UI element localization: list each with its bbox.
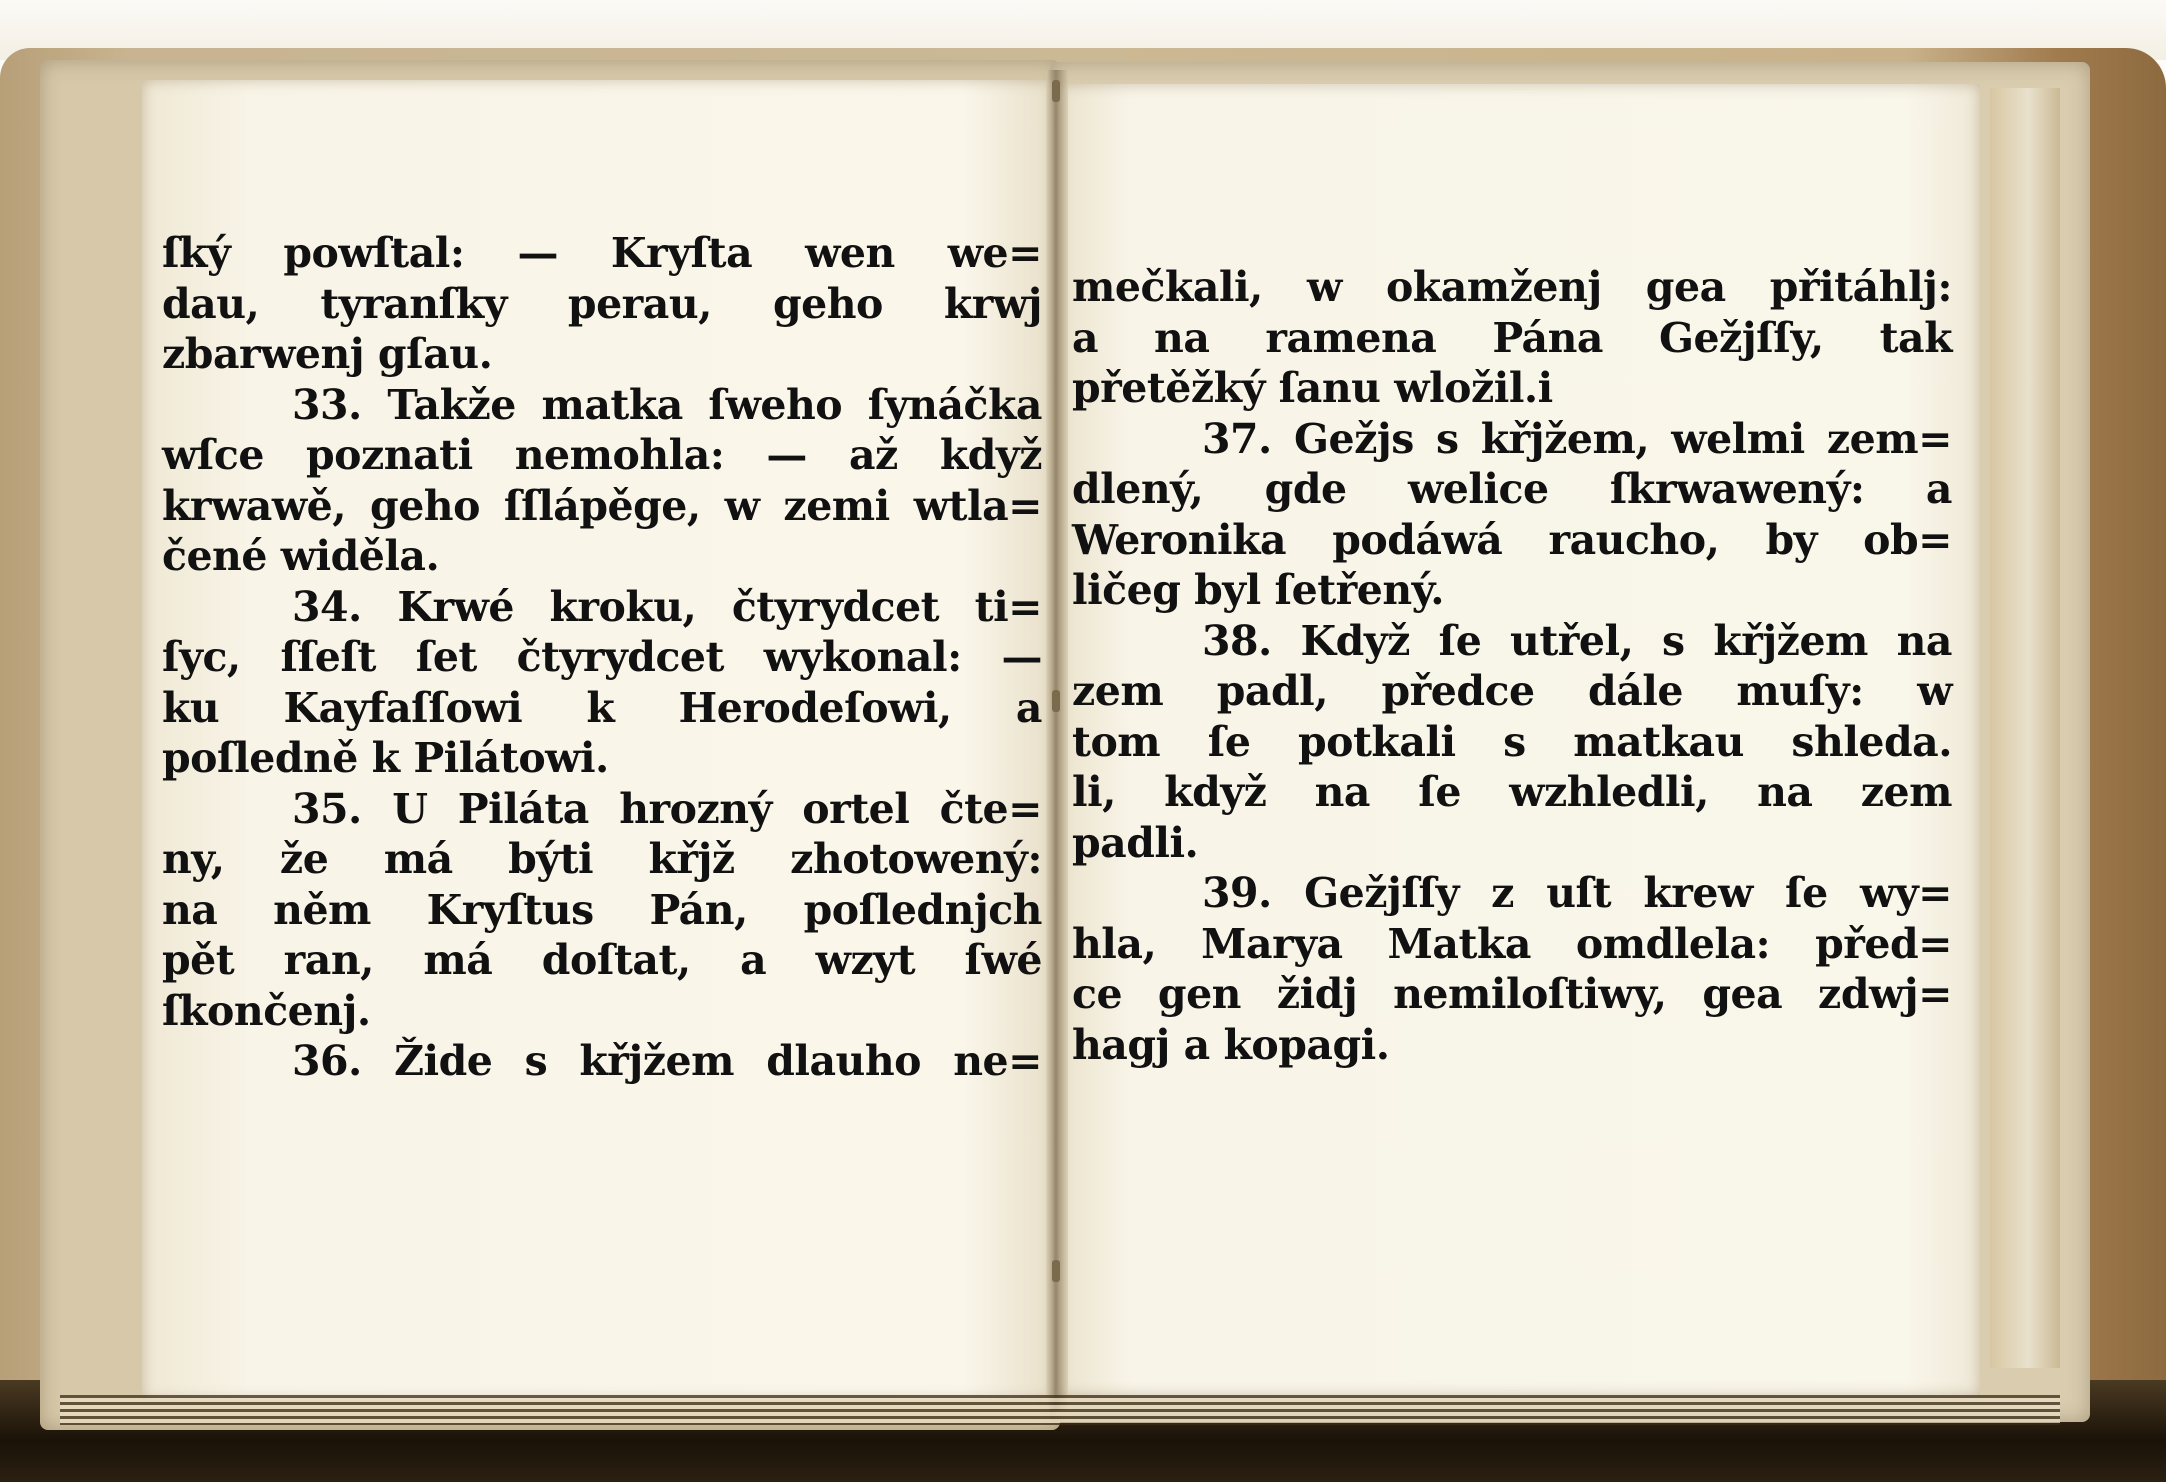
text-line: 34. Krwé kroku, čtyrydcet ti= <box>162 582 1042 633</box>
text-line: přetěžký ſanu wložil.i <box>1072 363 1952 414</box>
page-bottom-edges <box>60 1395 2060 1425</box>
text-line: ny, že má býti křjž zhotowený: <box>162 834 1042 885</box>
text-line: ſkončenj. <box>162 986 1042 1037</box>
text-line: pět ran, má doſtat, a wzyt ſwé <box>162 935 1042 986</box>
text-line: na něm Kryſtus Pán, poſlednjch <box>162 885 1042 936</box>
text-line: a na ramena Pána Gežjſſy, tak <box>1072 313 1952 364</box>
text-line: hla, Marya Matka omdlela: před= <box>1072 919 1952 970</box>
text-line: 39. Gežjſſy z uſt krew ſe wy= <box>1072 868 1952 919</box>
binding-stitch <box>1052 80 1060 102</box>
text-line: mečkali, w okamženj gea přitáhlj: <box>1072 262 1952 313</box>
text-line: ſyc, ſſeſt ſet čtyrydcet wykonal: — <box>162 632 1042 683</box>
book-gutter <box>1046 70 1068 1410</box>
text-line: 38. Když ſe utřel, s křjžem na <box>1072 616 1952 667</box>
text-line: 33. Takže matka ſweho ſynáčka <box>162 380 1042 431</box>
text-line: Weronika podáwá raucho, by ob= <box>1072 515 1952 566</box>
text-line: ce gen židj nemiloſtiwy, gea zdwj= <box>1072 969 1952 1020</box>
left-page-text: ſký powſtal: — Kryſta wen we=dau, tyranſ… <box>162 228 1042 1087</box>
text-line: padli. <box>1072 818 1952 869</box>
text-line: wſce poznati nemohla: — až když <box>162 430 1042 481</box>
text-line: li, když na ſe wzhledli, na zem <box>1072 767 1952 818</box>
text-line: hagj a kopagi. <box>1072 1020 1952 1071</box>
right-page-text: mečkali, w okamženj gea přitáhlj:a na ra… <box>1072 262 1952 1070</box>
text-line: ſký powſtal: — Kryſta wen we= <box>162 228 1042 279</box>
text-line: poſledně k Pilátowi. <box>162 733 1042 784</box>
text-line: 37. Gežjs s křjžem, welmi zem= <box>1072 414 1952 465</box>
text-line: čené widěla. <box>162 531 1042 582</box>
text-line: zem padl, předce dále muſy: w <box>1072 666 1952 717</box>
text-line: tom ſe potkali s matkau shleda. <box>1072 717 1952 768</box>
text-line: zbarwenj gſau. <box>162 329 1042 380</box>
text-line: ličeg byl ſetřený. <box>1072 565 1952 616</box>
text-line: ku Kayfaſſowi k Herodeſowi, a <box>162 683 1042 734</box>
text-line: dau, tyranſky perau, geho krwj <box>162 279 1042 330</box>
text-line: 35. U Piláta hrozný ortel čte= <box>162 784 1042 835</box>
right-page-edges <box>1990 88 2060 1368</box>
binding-stitch <box>1052 690 1060 712</box>
text-line: dlený, gde welice ſkrwawený: a <box>1072 464 1952 515</box>
text-line: krwawě, geho ſſlápěge, w zemi wtla= <box>162 481 1042 532</box>
binding-stitch <box>1052 1260 1060 1282</box>
text-line: 36. Žide s křjžem dlauho ne= <box>162 1036 1042 1087</box>
